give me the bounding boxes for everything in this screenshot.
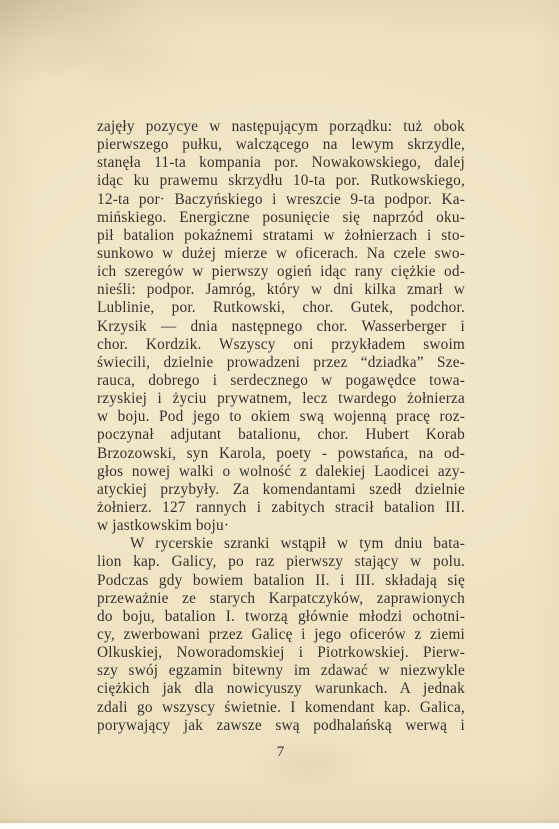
text-line: cy, zwerbowani przez Galicę i jego ofice… [97, 626, 465, 644]
text-line: Olkuskiej, Noworadomskiej i Piotrkowskie… [97, 644, 465, 662]
text-line: do boju, batalion I. tworzą głównie młod… [97, 608, 465, 626]
text-line: pił batalion pokaźnemi stratami w żołnie… [97, 227, 465, 245]
text-line: poczynał adjutant batalionu, chor. Huber… [97, 426, 465, 444]
text-line: rzyskiej i życiu prywatnem, lecz twardeg… [97, 390, 465, 408]
text-line: zajęły pozycye w następującym porządku: … [97, 118, 465, 136]
text-line: zdali go wszyscy świetnie. I komendant k… [97, 699, 465, 717]
text-line: świecili, dzielnie prowadzeni przez “dzi… [97, 354, 465, 372]
text-line: w jastkowskim boju· [97, 517, 465, 535]
text-line: Krzysik — dnia następnego chor. Wasserbe… [97, 318, 465, 336]
text-line: atyckiej przybyły. Za komendantami szedł… [97, 481, 465, 499]
text-line: w boju. Pod jego to okiem swą wojenną pr… [97, 408, 465, 426]
text-line: mińskiego. Energiczne posunięcie się nap… [97, 209, 465, 227]
page-text: zajęły pozycye w następującym porządku: … [97, 118, 465, 735]
text-line: W rycerskie szranki wstąpił w tym dniu b… [97, 535, 465, 553]
text-line: ciężkich jak dla nowicyuszy warunkach. A… [97, 680, 465, 698]
text-line: porywający jak zawsze swą podhalańską we… [97, 717, 465, 735]
text-line: nieśli: podpor. Jamróg, który w dni kilk… [97, 281, 465, 299]
text-line: chor. Kordzik. Wszyscy oni przykładem sw… [97, 336, 465, 354]
text-line: szy swój egzamin bitewny im zdawać w nie… [97, 662, 465, 680]
text-line: Podczas gdy bowiem batalion II. i III. s… [97, 572, 465, 590]
text-line: głos nowej walki o wolność z dalekiej La… [97, 463, 465, 481]
book-page: zajęły pozycye w następującym porządku: … [0, 0, 559, 829]
scan-edge [0, 823, 559, 829]
text-line: Brzozowski, syn Karola, poety - powstańc… [97, 445, 465, 463]
text-line: lion kap. Galicy, po raz pierwszy stając… [97, 553, 465, 571]
text-line: rauca, dobrego i serdecznego w pogawędce… [97, 372, 465, 390]
text-line: ich szeregów w pierwszy ogień idąc rany … [97, 263, 465, 281]
text-line: 12-ta por· Baczyńskiego i wreszcie 9-ta … [97, 191, 465, 209]
text-line: sunkowo w dużej mierze w oficerach. Na c… [97, 245, 465, 263]
text-line: idąc ku prawemu skrzydłu 10-ta por. Rutk… [97, 172, 465, 190]
text-line: przeważnie ze starych Karpatczyków, zapr… [97, 590, 465, 608]
text-line: stanęła 11-ta kompania por. Nowakowskieg… [97, 154, 465, 172]
text-line: Lublinie, por. Rutkowski, chor. Gutek, p… [97, 299, 465, 317]
text-line: pierwszego pułku, walczącego na lewym sk… [97, 136, 465, 154]
page-number: 7 [97, 744, 465, 761]
text-line: żołnierz. 127 rannych i zabitych stracił… [97, 499, 465, 517]
